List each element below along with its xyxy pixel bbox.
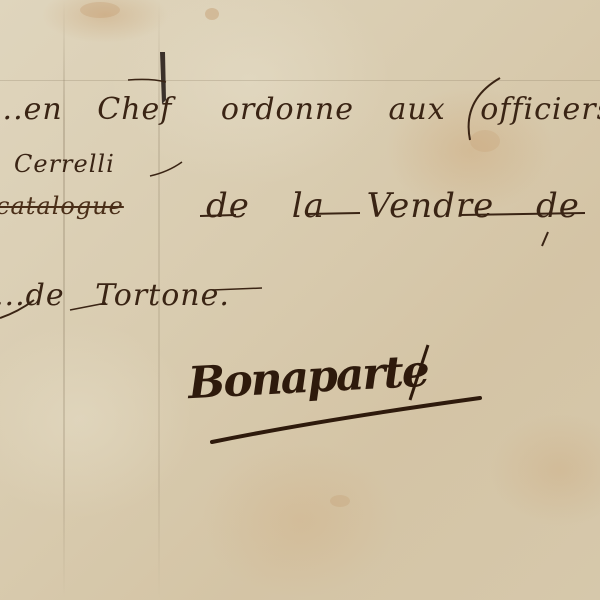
word: ...en: [0, 92, 63, 127]
foxing-stain: [470, 130, 500, 152]
fold-line-horizontal: [0, 80, 600, 81]
foxing-stain: [80, 2, 120, 18]
foxing-stain: [330, 495, 350, 507]
signature: Bonaparte: [187, 346, 429, 409]
struck-through-word: catalogue: [0, 192, 124, 220]
word: ordonne: [221, 92, 354, 127]
word: aux: [389, 92, 446, 127]
text-line-2: de la Vendre de: [206, 186, 580, 226]
word: Chef: [97, 92, 172, 127]
text-line-1: ...en Chef ordonne aux officiers: [0, 92, 600, 127]
text-line-3: ...de Tortone.: [0, 278, 230, 313]
interlinear-insertion: Cerrelli: [14, 150, 115, 178]
foxing-stain: [205, 8, 219, 20]
manuscript-page: ...en Chef ordonne aux officiers Cerrell…: [0, 0, 600, 600]
word: officiers: [480, 92, 600, 127]
